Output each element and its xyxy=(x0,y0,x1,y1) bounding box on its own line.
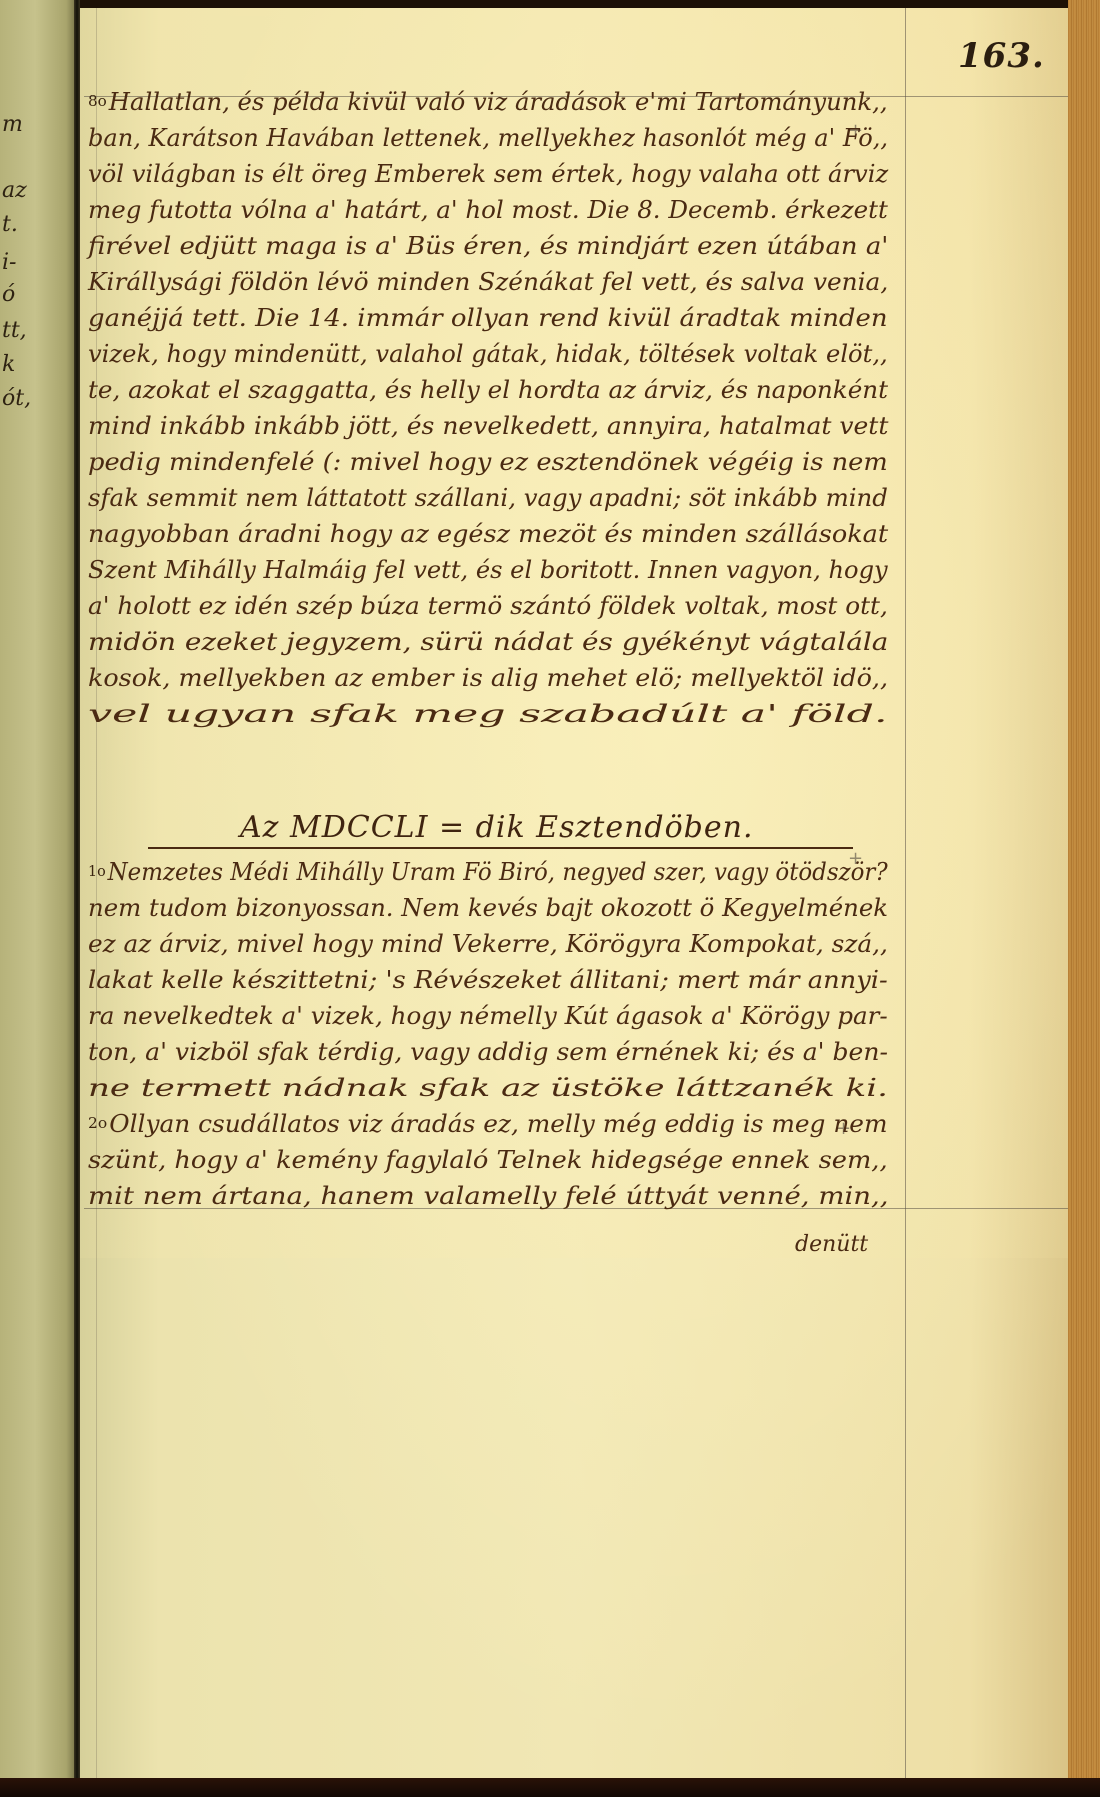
text-line: ton, a' vizböl sfak térdig, vagy addig s… xyxy=(88,1038,888,1066)
paragraph-number: 8o xyxy=(88,92,107,110)
heading-underline xyxy=(148,847,853,849)
text-line: 2oOllyan csudállatos viz áradás ez, mell… xyxy=(88,1110,887,1138)
left-page-fragment: i- xyxy=(2,250,16,275)
left-page-fragment: az xyxy=(2,178,27,203)
text-line: sfak semmit nem láttatott szállani, vagy… xyxy=(88,484,888,512)
text-line: Királlysági földön lévö minden Szénákat … xyxy=(88,268,888,296)
text-line: völ világban is élt öreg Emberek sem ért… xyxy=(88,160,888,188)
text-line: Szent Mihálly Halmáig fel vett, és el bo… xyxy=(88,556,888,584)
catchword: denütt xyxy=(795,1232,868,1257)
line-text: Hallatlan, és példa kivül való viz áradá… xyxy=(109,88,888,116)
line-text: Nemzetes Médi Mihálly Uram Fö Biró, negy… xyxy=(108,858,888,886)
text-line: a' holott ez idén szép búza termö szántó… xyxy=(88,592,888,620)
left-page-edge: m az t. i- ó tt, k ót, xyxy=(0,0,78,1797)
text-line: firével edjütt maga is a' Büs éren, és m… xyxy=(88,232,888,260)
text-line: vel ugyan sfak meg szabadúlt a' föld. xyxy=(88,700,888,728)
text-line: mit nem ártana, hanem valamelly felé útt… xyxy=(88,1182,889,1210)
page-stack-edge xyxy=(1068,0,1100,1797)
left-page-fragment: ó xyxy=(2,282,15,307)
line-text: Ollyan csudállatos viz áradás ez, melly … xyxy=(109,1110,887,1138)
page-number: 163. xyxy=(958,36,1045,76)
text-line: meg futotta vólna a' határt, a' hol most… xyxy=(88,196,888,224)
paragraph-number: 1o xyxy=(88,862,106,880)
text-line: pedig mindenfelé (: mivel hogy ez eszten… xyxy=(88,448,888,476)
text-line: nem tudom bizonyossan. Nem kevés bajt ok… xyxy=(88,894,888,922)
left-page-fragment: k xyxy=(2,352,15,377)
left-page-fragment: t. xyxy=(2,212,18,237)
left-page-fragment: m xyxy=(2,112,23,137)
text-line: szünt, hogy a' kemény fagylaló Telnek hi… xyxy=(88,1146,888,1174)
right-margin-line xyxy=(905,8,906,1778)
text-line: ban, Karátson Havában lettenek, mellyekh… xyxy=(88,124,888,152)
year-heading: Az MDCCLI = dik Esztendöben. xyxy=(148,810,940,845)
text-line: ganéjjá tett. Die 14. immár ollyan rend … xyxy=(88,304,888,332)
text-line: vizek, hogy mindenütt, valahol gátak, hi… xyxy=(88,340,888,368)
text-line: lakat kelle készittetni; 's Révészeket á… xyxy=(88,966,888,994)
text-line: nagyobban áradni hogy az egész mezöt és … xyxy=(88,520,888,548)
bottom-edge xyxy=(0,1778,1100,1797)
text-line: mind inkább inkább jött, és nevelkedett,… xyxy=(88,412,888,440)
text-line: 8oHallatlan, és példa kivül való viz ára… xyxy=(88,88,888,116)
text-line: 1oNemzetes Médi Mihálly Uram Fö Biró, ne… xyxy=(88,858,888,886)
paragraph-number: 2o xyxy=(88,1114,107,1132)
text-line: kosok, mellyekben az ember is alig mehet… xyxy=(88,664,888,692)
top-edge xyxy=(80,0,1100,8)
text-line: midön ezeket jegyzem, sürü nádat és gyék… xyxy=(88,628,888,656)
left-page-fragment: tt, xyxy=(2,318,27,343)
text-line: ez az árviz, mivel hogy mind Vekerre, Kö… xyxy=(88,930,888,958)
book-spread: m az t. i- ó tt, k ót, + + + 163. 8oHall… xyxy=(0,0,1100,1797)
text-line: ra nevelkedtek a' vizek, hogy némelly Kú… xyxy=(88,1002,888,1030)
left-page-fragment: ót, xyxy=(2,386,31,411)
text-line: ne termett nádnak sfak az üstöke láttzan… xyxy=(88,1074,888,1102)
text-line: te, azokat el szaggatta, és helly el hor… xyxy=(88,376,888,404)
